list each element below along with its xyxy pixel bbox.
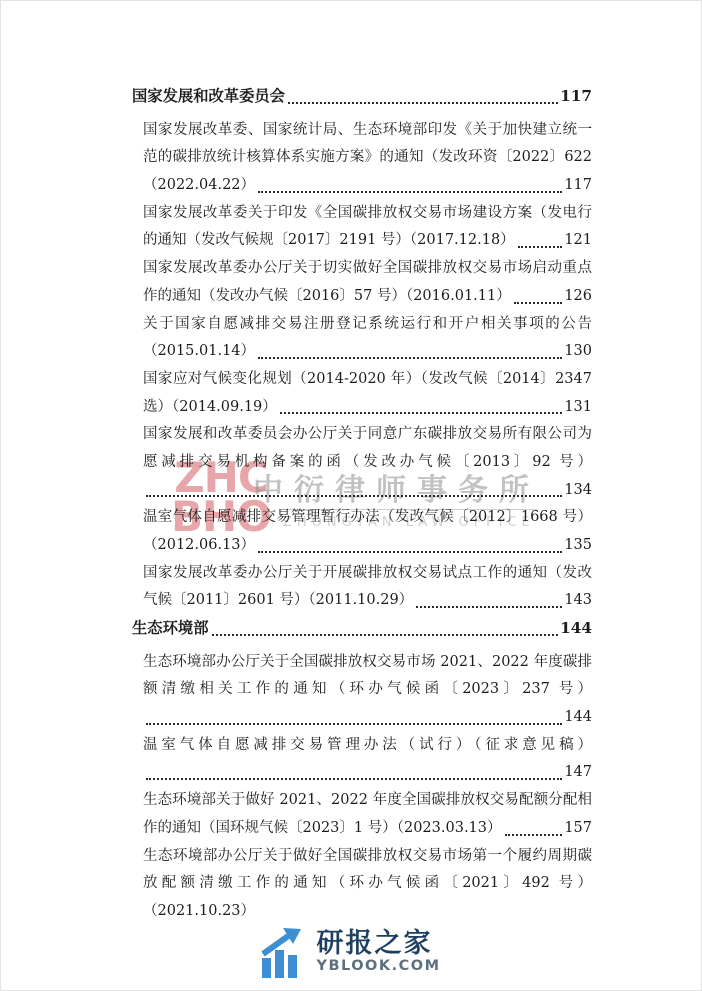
leader-dots: [258, 191, 562, 193]
toc-entry-label: （2022.04.22）: [143, 172, 255, 200]
section-title: 生态环境部: [132, 615, 209, 643]
toc-entry-tail: （2015.01.14）130: [143, 338, 592, 366]
entry-page-number: 121: [564, 227, 592, 255]
toc-entry-line: 国家发展改革委办公厅关于切实做好全国碳排放权交易市场启动重点工: [143, 255, 592, 283]
toc-section-header: 生态环境部144: [132, 615, 592, 643]
toc-entry-line: 温室气体自愿减排交易管理办法（试行）（征求意见稿）（2023.07.07）: [143, 732, 592, 760]
table-of-contents: 国家发展和改革委员会117国家发展改革委、国家统计局、生态环境部印发《关于加快建…: [132, 83, 592, 898]
growth-bar-chart-arrow-icon: [261, 928, 307, 978]
toc-entry-line: 范的碳排放统计核算体系实施方案》的通知（发改环资〔2022〕622 号）: [143, 144, 592, 172]
brand-name-cn: 研报之家: [316, 930, 440, 958]
leader-dots: [505, 834, 563, 836]
toc-entry-tail: （2022.04.22）117: [143, 172, 592, 200]
section-title: 国家发展和改革委员会: [132, 83, 285, 111]
toc-entry-label: （2015.01.14）: [143, 338, 255, 366]
leader-dots: [258, 551, 562, 553]
toc-entry-line: 关于国家自愿减排交易注册登记系统运行和开户相关事项的公告: [143, 311, 592, 339]
toc-entry-label: 选）（2014.09.19）: [143, 394, 277, 422]
leader-dots: [146, 495, 562, 497]
toc-entry-tail: 选）（2014.09.19）131: [143, 394, 592, 422]
brand-name-en: YBLOOK.COM: [316, 958, 440, 975]
section-page-number: 117: [560, 83, 592, 111]
entry-page-number: 134: [564, 477, 592, 505]
toc-entry-label: （2012.06.13）: [143, 532, 255, 560]
yblook-brand: 研报之家 YBLOOK.COM: [1, 924, 701, 982]
toc-entry-line: 国家发展改革委办公厅关于开展碳排放权交易试点工作的通知（发改办: [143, 560, 592, 588]
entry-page-number: 131: [564, 394, 592, 422]
toc-entry-line: 国家发展改革委关于印发《全国碳排放权交易市场建设方案（发电行业）》: [143, 200, 592, 228]
toc-section-header: 国家发展和改革委员会117: [132, 83, 592, 111]
toc-entry-tail: 134: [143, 477, 592, 505]
toc-entry-line: 放配额清缴工作的通知（环办气候函〔2021〕492 号）（2021.10.23）: [143, 870, 592, 898]
entry-page-number: 157: [564, 815, 592, 843]
leader-dots: [416, 606, 562, 608]
entry-page-number: 126: [564, 283, 592, 311]
toc-section-entries: 国家发展改革委、国家统计局、生态环境部印发《关于加快建立统一规范的碳排放统计核算…: [132, 117, 592, 615]
leader-dots: [518, 246, 563, 248]
entry-page-number: 117: [564, 172, 592, 200]
entry-page-number: 144: [564, 704, 592, 732]
entry-page-number: 143: [564, 587, 592, 615]
toc-entry-label: 的通知（发改气候规〔2017〕2191 号）（2017.12.18）: [143, 227, 515, 255]
toc-entry-label: 作的通知（发改办气候〔2016〕57 号）（2016.01.11）: [143, 283, 511, 311]
toc-entry-line: 愿减排交易机构备案的函（发改办气候〔2013〕92 号）（2013.01.08）: [143, 449, 592, 477]
toc-entry-tail: 作的通知（国环规气候〔2023〕1 号）（2023.03.13）157: [143, 815, 592, 843]
leader-dots: [288, 102, 558, 104]
toc-entry-line: 生态环境部关于做好 2021、2022 年度全国碳排放权交易配额分配相关工: [143, 787, 592, 815]
toc-entry-tail: 144: [143, 704, 592, 732]
leader-dots: [258, 357, 562, 359]
leader-dots: [212, 634, 559, 636]
toc-entry-line: 国家发展改革委、国家统计局、生态环境部印发《关于加快建立统一规: [143, 117, 592, 145]
section-page-number: 144: [560, 615, 592, 643]
document-page: ZHC BHO 中衍律师事务所 ZHONGYAN LAW OFFICE 国家发展…: [0, 0, 702, 991]
toc-entry-tail: 147: [143, 760, 592, 788]
toc-entry-line: 国家发展和改革委员会办公厅关于同意广东碳排放交易所有限公司为自: [143, 421, 592, 449]
toc-entry-line: 国家应对气候变化规划（2014-2020 年）（发改气候〔2014〕2347 号…: [143, 366, 592, 394]
toc-section-entries: 生态环境部办公厅关于全国碳排放权交易市场 2021、2022 年度碳排放配额清缴…: [132, 649, 592, 898]
toc-entry-line: 额清缴相关工作的通知（环办气候函〔2023〕237 号）（2023.07.14）: [143, 676, 592, 704]
entry-page-number: 135: [564, 532, 592, 560]
leader-dots: [280, 412, 563, 414]
toc-entry-line: 生态环境部办公厅关于全国碳排放权交易市场 2021、2022 年度碳排放配: [143, 649, 592, 677]
toc-entry-line: 生态环境部办公厅关于做好全国碳排放权交易市场第一个履约周期碳排: [143, 843, 592, 871]
leader-dots: [146, 723, 562, 725]
toc-entry-tail: 气候〔2011〕2601 号）（2011.10.29）143: [143, 587, 592, 615]
brand-text: 研报之家 YBLOOK.COM: [316, 930, 440, 976]
toc-entry-line: 温室气体自愿减排交易管理暂行办法（发改气候〔2012〕1668 号）: [143, 504, 592, 532]
toc-entry-tail: （2012.06.13）135: [143, 532, 592, 560]
entry-page-number: 147: [564, 759, 592, 787]
toc-entry-label: 气候〔2011〕2601 号）（2011.10.29）: [143, 587, 413, 615]
leader-dots: [514, 302, 563, 304]
entry-page-number: 130: [564, 338, 592, 366]
toc-entry-label: 作的通知（国环规气候〔2023〕1 号）（2023.03.13）: [143, 815, 502, 843]
leader-dots: [146, 778, 562, 780]
toc-entry-tail: 作的通知（发改办气候〔2016〕57 号）（2016.01.11）126: [143, 283, 592, 311]
toc-entry-tail: 的通知（发改气候规〔2017〕2191 号）（2017.12.18）121: [143, 227, 592, 255]
